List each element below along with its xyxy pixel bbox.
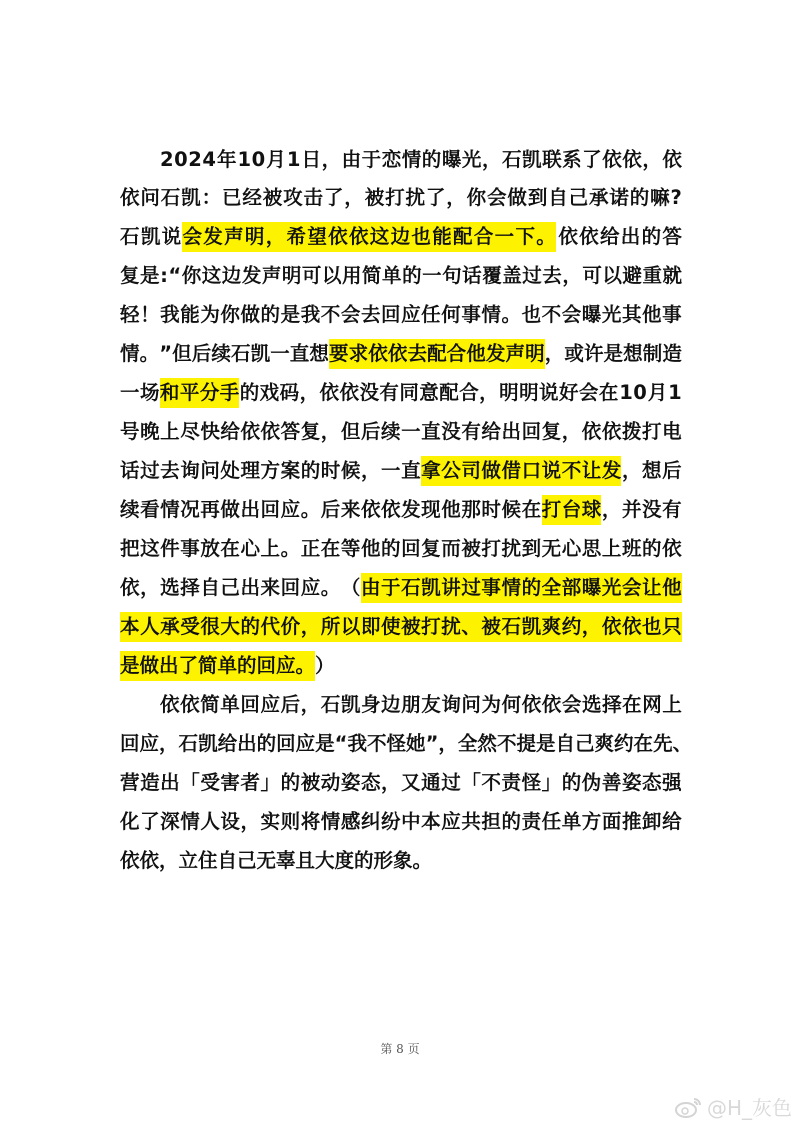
highlighted-char: 口 (522, 456, 542, 486)
char: 自 (548, 183, 568, 213)
char: ? (671, 183, 682, 213)
char: 2 (160, 145, 174, 175)
char: 善 (602, 768, 622, 798)
char: 合 (459, 378, 479, 408)
char: 简 (362, 261, 382, 291)
char: 联 (542, 145, 562, 175)
char: 实 (261, 807, 281, 837)
char: 0 (633, 378, 647, 408)
char: 边 (222, 261, 242, 291)
text-line: 续看情况再做出回应。后来依依发现他那时候在打台球，并没有 (120, 495, 682, 525)
char: 化 (120, 807, 140, 837)
highlighted-char: 依 (622, 612, 642, 642)
char: 的 (630, 183, 650, 213)
char: 时 (481, 495, 501, 525)
char: 就 (662, 261, 682, 291)
char: 出 (621, 222, 641, 252)
highlighted-char: 、 (461, 612, 481, 642)
highlighted-char: 明 (245, 222, 265, 252)
char: 无 (542, 534, 562, 564)
char: 我 (301, 300, 321, 330)
char: 依 (240, 417, 260, 447)
highlighted-char: 依 (328, 222, 348, 252)
char: 他 (361, 534, 381, 564)
char: 择 (180, 573, 200, 603)
char: 凯 (251, 339, 271, 369)
char: 曝 (582, 300, 602, 330)
char: 0 (252, 145, 266, 175)
char: 避 (622, 261, 642, 291)
char: 想 (623, 339, 643, 369)
char: 单 (220, 690, 240, 720)
highlighted-char: 边 (391, 222, 411, 252)
char: 提 (516, 729, 536, 759)
highlighted-char: 一 (495, 222, 515, 252)
char: 面 (602, 807, 622, 837)
char: 的 (642, 222, 662, 252)
highlighted-char: 于 (381, 573, 401, 603)
char: 号 (120, 417, 140, 447)
text-line: 轻！我能为你做的是我不会去回应任何事情。也不会曝光其他事 (120, 300, 682, 330)
char: 的 (381, 534, 401, 564)
char: 一 (422, 261, 442, 291)
highlighted-char: 打 (421, 612, 441, 642)
char: “ (168, 261, 181, 291)
text-line: 一场和平分手的戏码，依依没有同意配合，明明说好会在 10 月 1 (120, 378, 682, 408)
char: 明 (499, 378, 519, 408)
char: 石 (502, 145, 522, 175)
char: 说 (539, 378, 559, 408)
char: 态 (361, 768, 381, 798)
char: 了 (140, 807, 160, 837)
highlighted-char: 的 (522, 573, 542, 603)
char: 伪 (582, 768, 602, 798)
char: 后 (321, 495, 341, 525)
char: 询 (180, 456, 200, 486)
highlighted-char: 很 (200, 612, 220, 642)
char: 的 (261, 300, 281, 330)
char: 情 (481, 300, 501, 330)
char: 会 (487, 183, 507, 213)
highlighted-char: 说 (542, 456, 562, 486)
char: 承 (589, 183, 609, 213)
char: 、 (673, 729, 693, 759)
highlighted-char: 下 (515, 222, 535, 252)
char: 情 (180, 807, 200, 837)
char: 扰 (405, 183, 425, 213)
char: 依 (558, 222, 578, 252)
highlighted-char: 曝 (582, 573, 602, 603)
char: 为 (200, 300, 220, 330)
char: 应 (296, 729, 316, 759)
char: 好 (559, 378, 579, 408)
highlighted-char: 即 (361, 612, 381, 642)
char: ， (301, 690, 321, 720)
char: 石 (321, 690, 341, 720)
char: 然 (477, 729, 497, 759)
char: 来 (261, 573, 281, 603)
char: 不 (481, 768, 501, 798)
char: 己 (569, 183, 589, 213)
char: 在 (599, 378, 619, 408)
char: 害 (220, 768, 240, 798)
char: 盖 (502, 261, 522, 291)
highlighted-char: 扰 (441, 612, 461, 642)
highlighted-char: 本 (120, 612, 140, 642)
char: 强 (662, 768, 682, 798)
highlighted-char: 凯 (421, 573, 441, 603)
char: 。 (281, 534, 301, 564)
char: 打 (481, 534, 501, 564)
char: 思 (582, 534, 602, 564)
highlighted-char: 不 (562, 456, 582, 486)
char: 没 (441, 417, 461, 447)
text-segment: 依依，立住自己无辜且大度的形象。 (120, 846, 432, 876)
char: 回 (401, 534, 421, 564)
char: 何 (502, 690, 522, 720)
char: 回 (281, 573, 301, 603)
char: 复 (301, 417, 321, 447)
highlighted-char: 被 (401, 612, 421, 642)
char: 选 (160, 573, 180, 603)
highlighted-char: 手 (220, 378, 240, 408)
char: 曝 (442, 145, 462, 175)
highlighted-char: 能 (432, 222, 452, 252)
char: 纠 (361, 807, 381, 837)
char: 事 (461, 300, 481, 330)
char: 于 (362, 145, 382, 175)
char: 是 (140, 261, 160, 291)
char: 候 (501, 495, 521, 525)
highlighted-char: 合 (447, 339, 467, 369)
highlighted-char: 也 (642, 612, 662, 642)
char: 不 (321, 300, 341, 330)
char: 再 (200, 495, 220, 525)
char: 会 (562, 300, 582, 330)
char: 问 (140, 183, 160, 213)
char: 将 (301, 807, 321, 837)
text-line: 依，选择自己出来回应。（由于石凯讲过事情的全部曝光会让他 (120, 573, 682, 603)
char: 担 (481, 807, 501, 837)
highlighted-char: 使 (381, 612, 401, 642)
char: 了 (426, 183, 446, 213)
char: 由 (342, 145, 362, 175)
char: 尽 (180, 417, 200, 447)
char: 上 (602, 534, 622, 564)
char: 依 (120, 183, 140, 213)
char: 后 (662, 456, 682, 486)
char: 声 (262, 261, 282, 291)
char: 给 (218, 729, 238, 759)
char: ， (140, 573, 160, 603)
char: 的 (402, 261, 422, 291)
highlighted-char: 部 (562, 573, 582, 603)
char: 「 (461, 768, 481, 798)
char: 4 (202, 145, 216, 175)
char: 依 (261, 417, 281, 447)
char: 明 (282, 261, 302, 291)
char: 系 (562, 145, 582, 175)
highlighted-char: ， (266, 222, 286, 252)
char: 复 (421, 534, 441, 564)
char: 依 (180, 690, 200, 720)
char: : (160, 261, 168, 291)
char: 依 (522, 690, 542, 720)
char: 的 (281, 768, 301, 798)
char: ， (446, 183, 466, 213)
char: 。 (140, 339, 160, 369)
char: 可 (302, 261, 322, 291)
text-line: 营造出「受害者」的被动姿态，又通过「不责怪」的伪善姿态强 (120, 768, 682, 798)
highlighted-char: 事 (481, 573, 501, 603)
char: 姿 (341, 768, 361, 798)
char: 攻 (283, 183, 303, 213)
char: 造 (140, 768, 160, 798)
char: ， (562, 417, 582, 447)
highlighted-text: 是做出了简单的回应。 (120, 651, 315, 681)
char: 深 (160, 807, 180, 837)
highlighted-char: 分 (200, 378, 220, 408)
weibo-icon (675, 1096, 703, 1118)
char: ， (361, 456, 381, 486)
char: 回 (261, 495, 281, 525)
char: 年 (217, 145, 237, 175)
char: 情 (321, 807, 341, 837)
text-line: 石凯说会发声明，希望依依这边也能配合一下。 依依给出的答 (120, 222, 682, 252)
char: 给 (600, 222, 620, 252)
char: 时 (321, 456, 341, 486)
char: 出 (501, 417, 521, 447)
char: 。 (501, 300, 521, 330)
char: ， (438, 729, 458, 759)
highlighted-char: 依 (388, 339, 408, 369)
char: 了 (582, 145, 602, 175)
char: 通 (421, 768, 441, 798)
char: 怪 (522, 768, 542, 798)
char: 单 (562, 807, 582, 837)
char: 。 (321, 573, 341, 603)
char: 任 (542, 807, 562, 837)
highlighted-char: 借 (501, 456, 521, 486)
char: 任 (421, 300, 441, 330)
char: 在 (321, 534, 341, 564)
char: 在 (634, 729, 654, 759)
char: 凯 (141, 222, 161, 252)
char: 明 (519, 378, 539, 408)
char: 爽 (595, 729, 615, 759)
char: 简 (200, 690, 220, 720)
char: 应 (301, 573, 321, 603)
highlighted-char: 打 (542, 495, 562, 525)
char: 件 (160, 534, 180, 564)
highlighted-char: 大 (220, 612, 240, 642)
highlighted-char: 望 (307, 222, 327, 252)
char: 击 (304, 183, 324, 213)
text-line: 依问石凯：已经被攻击了，被打扰了，你会做到自己承诺的嘛? (120, 183, 682, 213)
char: 心 (562, 534, 582, 564)
char: 理 (240, 456, 260, 486)
char: 出 (240, 495, 260, 525)
char: 依 (622, 145, 642, 175)
char: 姿 (622, 768, 642, 798)
char: （ (341, 573, 361, 603)
highlighted-char: 他 (662, 573, 682, 603)
char: “ (335, 729, 348, 759)
highlighted-char: 公 (441, 456, 461, 486)
char: ， (240, 807, 260, 837)
char: 这 (202, 261, 222, 291)
char: 给 (481, 417, 501, 447)
char: 没 (642, 495, 662, 525)
highlighted-char: 受 (180, 612, 200, 642)
text-line: 2024 年 10 月 1 日，由于恋情的曝光，石凯联系了依依，依 (160, 145, 682, 175)
char: 在 (622, 690, 642, 720)
char: 的 (562, 768, 582, 798)
char: 回 (276, 729, 296, 759)
char: 是 (315, 729, 335, 759)
char: 并 (622, 495, 642, 525)
highlighted-char: 声 (506, 339, 526, 369)
char: 但 (172, 339, 192, 369)
char: 候 (341, 456, 361, 486)
char: 依 (602, 145, 622, 175)
highlighted-char: 配 (427, 339, 447, 369)
char: 了 (324, 183, 344, 213)
highlighted-char: 球 (582, 495, 602, 525)
char: 出 (240, 573, 260, 603)
char: 给 (662, 807, 682, 837)
text-line: 话过去询问处理方案的时候，一直拿公司做借口说不让发，想后 (120, 456, 682, 486)
char: 被 (263, 183, 283, 213)
document-page: 2024 年 10 月 1 日，由于恋情的曝光，石凯联系了依依，依依问石凯：已经… (0, 0, 800, 1128)
char: ， (344, 183, 364, 213)
char: 她 (406, 729, 426, 759)
text-line: 依依，立住自己无辜且大度的形象。 (120, 846, 682, 876)
char: 发 (242, 261, 262, 291)
highlighted-char: 讲 (441, 573, 461, 603)
char: 设 (220, 807, 240, 837)
page-number: 第 8 页 (0, 1040, 800, 1057)
char: 续 (211, 339, 231, 369)
char: 是 (536, 729, 556, 759)
highlighted-char: 让 (582, 456, 602, 486)
text-line: 把这件事放在心上。正在等他的回复而被打扰到无心思上班的依 (120, 534, 682, 564)
char: 已 (222, 183, 242, 213)
highlighted-char: 情 (501, 573, 521, 603)
text-segment: ） (315, 651, 335, 681)
char: 情 (120, 339, 140, 369)
char: 复 (542, 417, 562, 447)
highlighted-char: 被 (481, 612, 501, 642)
char: 后 (192, 339, 212, 369)
char: 上 (662, 690, 682, 720)
char: 出 (160, 768, 180, 798)
char: 人 (200, 807, 220, 837)
char: 现 (421, 495, 441, 525)
char: 到 (528, 183, 548, 213)
char: 先 (653, 729, 673, 759)
highlighted-char: 约 (562, 612, 582, 642)
char: 卸 (642, 807, 662, 837)
highlighted-char: 做 (481, 456, 501, 486)
char: 中 (401, 807, 421, 837)
char: 凯 (341, 690, 361, 720)
char: 经 (242, 183, 262, 213)
char: 后 (361, 417, 381, 447)
char: 直 (290, 339, 310, 369)
highlighted-char: 石 (401, 573, 421, 603)
char: 没 (359, 378, 379, 408)
char: 」 (261, 768, 281, 798)
char: 上 (160, 417, 180, 447)
char: 一 (401, 417, 421, 447)
char: 0 (174, 145, 188, 175)
char: 心 (240, 534, 260, 564)
char: 事 (662, 300, 682, 330)
char: 为 (482, 690, 502, 720)
char: 我 (160, 300, 180, 330)
char: 嘛 (650, 183, 670, 213)
char: 应 (140, 729, 160, 759)
char: 凯 (198, 729, 218, 759)
char: 。 (301, 495, 321, 525)
char: 话 (120, 456, 140, 486)
char: 到 (522, 534, 542, 564)
highlighted-char: 和 (160, 378, 180, 408)
highlighted-char: 让 (642, 573, 662, 603)
highlighted-char: 以 (341, 612, 361, 642)
char: 放 (200, 534, 220, 564)
text-line: 本人承受很大的代价，所以即使被打扰、被石凯爽约，依依也只 (120, 612, 682, 642)
char: 有 (461, 417, 481, 447)
char: 边 (381, 690, 401, 720)
char: 石 (120, 222, 140, 252)
char: ， (479, 378, 499, 408)
char: 营 (120, 768, 140, 798)
char: 被 (301, 768, 321, 798)
char: 依 (381, 495, 401, 525)
char: 应 (260, 690, 280, 720)
char: 场 (140, 378, 160, 408)
char: 择 (602, 690, 622, 720)
highlighted-char: 发 (602, 456, 622, 486)
char: ， (300, 378, 320, 408)
char: 一 (381, 456, 401, 486)
char: 1 (619, 378, 633, 408)
char: 出 (237, 729, 257, 759)
char: 来 (341, 495, 361, 525)
char: 覆 (482, 261, 502, 291)
char: 想 (309, 339, 329, 369)
text-line: 复是:“你这边发声明可以用简单的一句话覆盖过去，可以避重就 (120, 261, 682, 291)
char: 上 (261, 534, 281, 564)
char: 依 (361, 495, 381, 525)
char: 方 (582, 807, 602, 837)
text-line: 情。”但后续石凯一直想要求依依去配合他发声明，或许是想制造 (120, 339, 682, 369)
char: 回 (240, 690, 260, 720)
char: 自 (200, 573, 220, 603)
char: 不 (367, 729, 387, 759)
highlighted-char: 配 (453, 222, 473, 252)
char: 处 (220, 456, 240, 486)
watermark-text: @H_灰色 (707, 1092, 792, 1121)
char: 况 (180, 495, 200, 525)
char: 用 (342, 261, 362, 291)
char: 石 (179, 729, 199, 759)
char: 能 (180, 300, 200, 330)
char: 过 (441, 768, 461, 798)
char: ， (562, 261, 582, 291)
